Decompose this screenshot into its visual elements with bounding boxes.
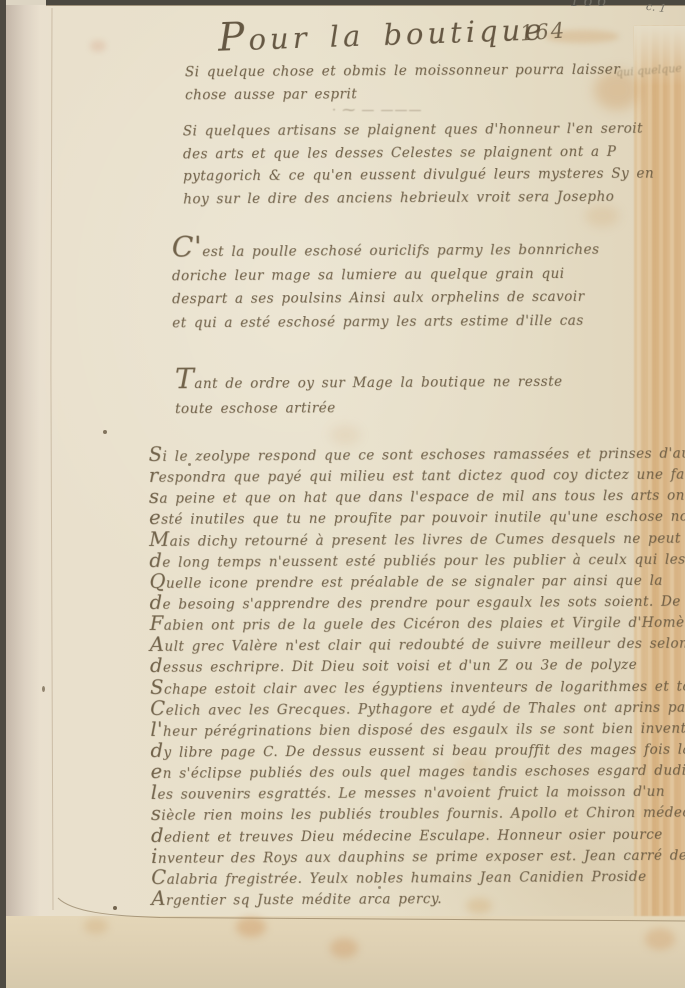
paragraph-4: Tant de ordre oy sur Mage la boutique ne… bbox=[175, 370, 563, 421]
manuscript-line: C'est la poulle eschosé ouriclifs parmy … bbox=[172, 239, 600, 265]
ink-speck bbox=[113, 906, 117, 910]
manuscript-line: despart a ses poulsins Ainsi aulx orphel… bbox=[172, 286, 600, 312]
folio-number: 164 bbox=[519, 18, 567, 45]
manuscript-line: chose ausse par esprit bbox=[185, 82, 621, 108]
manuscript-line: pytagorich & ce qu'en eussent divulgué l… bbox=[183, 163, 654, 188]
paragraph-5-long: Si le zeolype respond que ce sont eschos… bbox=[149, 440, 685, 909]
manuscript-line: hoy sur le dire des anciens hebrieulx vr… bbox=[183, 185, 654, 210]
underlying-page-edge bbox=[6, 916, 685, 988]
ink-speck bbox=[103, 430, 107, 434]
manuscript-line: Si quelque chose et obmis le moissonneur… bbox=[185, 59, 621, 85]
manuscript-line: des arts et que les desses Celestes se p… bbox=[183, 140, 654, 165]
manuscript-line: Argentier sq Juste médite arca percy. bbox=[151, 884, 685, 909]
paragraph-1: Si quelque chose et obmis le moissonneur… bbox=[185, 59, 621, 108]
manuscript-line: Si quelques artisans se plaignent ques d… bbox=[183, 118, 654, 143]
manuscript-photo: 166 c. 1 Pour la boutique 164 qui quelqu… bbox=[0, 0, 685, 988]
binding-gutter-shadow bbox=[6, 5, 40, 916]
ink-speck bbox=[42, 686, 45, 692]
cropped-page-number: 166 bbox=[570, 0, 611, 10]
paragraph-2: Si quelques artisans se plaignent ques d… bbox=[183, 118, 655, 211]
manuscript-line: toute eschose artirée bbox=[175, 394, 563, 421]
manuscript-line: et qui a esté eschosé parmy les arts est… bbox=[172, 309, 600, 335]
top-left-paper-corner bbox=[6, 0, 46, 5]
paragraph-3: C'est la poulle eschosé ouriclifs parmy … bbox=[172, 239, 600, 336]
manuscript-line: Tant de ordre oy sur Mage la boutique ne… bbox=[175, 370, 563, 397]
corner-shelfmark: c. 1 bbox=[645, 0, 667, 15]
manuscript-line: doriche leur mage sa lumiere au quelque … bbox=[172, 262, 600, 288]
